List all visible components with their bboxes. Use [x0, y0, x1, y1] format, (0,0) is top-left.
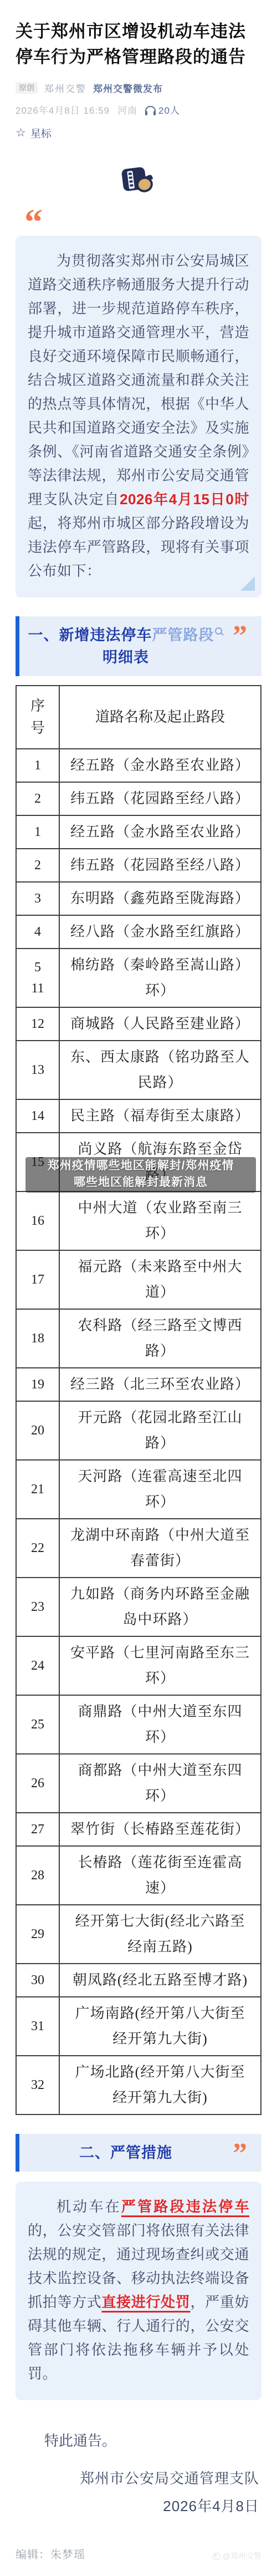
table-row: 2纬五路（花园路至经八路）: [16, 782, 261, 815]
section2-header: 二、严管措施 ”: [16, 2134, 261, 2172]
star-row[interactable]: ☆ 星标: [16, 125, 261, 140]
row-number-cell: 1: [16, 749, 59, 782]
row-number-cell: 19: [16, 1368, 59, 1401]
row-road-cell: 九如路（商务内环路至金融岛中环路）: [59, 1578, 261, 1636]
weibo-watermark-text: @郑州交警: [223, 2550, 261, 2562]
row-road-cell: 广场北路(经开第八大街至经开第九大街): [59, 2056, 261, 2114]
row-number-cell: 14: [16, 1099, 59, 1133]
row-road-cell: 经开第七大街(经北六路至经南五路): [59, 1905, 261, 1964]
section2-left-bar: [16, 2134, 19, 2172]
row-number-cell: 23: [16, 1578, 59, 1636]
section1-title-prefix: 一、新增违法停车: [28, 627, 152, 643]
original-badge: 原创: [16, 82, 38, 94]
table-row: 1经五路（金水路至农业路）: [16, 749, 261, 782]
row-number-cell: 16: [16, 1191, 59, 1250]
author-name[interactable]: 郑州交警: [44, 81, 86, 95]
weibo-logo-icon: [212, 2553, 220, 2560]
close-quote-mark: ”: [233, 2139, 247, 2168]
row-road-cell: 东、西太康路（铭功路至人民路）: [59, 1041, 261, 1099]
close-quote-mark: ”: [233, 622, 247, 651]
section1-title-suffix: 明细表: [102, 649, 149, 666]
signature-date: 2026年4月8日: [16, 2492, 259, 2520]
mascot-image: [118, 160, 158, 202]
account-link[interactable]: 郑州交警微发布: [93, 81, 163, 95]
row-number-cell: 5 11: [16, 949, 59, 1007]
row-number-cell: 1: [16, 815, 59, 849]
row-road-cell: 民主路（福寿街至太康路）: [59, 1099, 261, 1133]
table-row: 28长椿路（莲花街至连霍高速）: [16, 1846, 261, 1905]
row-road-cell: 经八路（金水路至红旗路）: [59, 915, 261, 949]
row-road-cell: 广场南路(经开第八大街至经开第九大街): [59, 1997, 261, 2056]
table-row: 23九如路（商务内环路至金融岛中环路）: [16, 1578, 261, 1636]
section1-highlight-term[interactable]: 严管路段: [152, 627, 214, 643]
row-number-cell: 2: [16, 849, 59, 882]
row-road-cell: 纬五路（花园路至经八路）: [59, 849, 261, 882]
row-number-cell: 2: [16, 782, 59, 815]
table-row: 4经八路（金水路至红旗路）: [16, 915, 261, 949]
covid-watermark-overlay: 郑州疫情哪些地区能解封/郑州疫情 哪些地区能解封最新消息: [25, 1157, 256, 1193]
table-row: 20开元路（花园北路至江山路）: [16, 1401, 261, 1460]
row-number-cell: 20: [16, 1401, 59, 1460]
publish-region: 河南: [117, 103, 137, 116]
table-row: 26商都路（中州大道至东四环）: [16, 1754, 261, 1813]
table-row: 14民主路（福寿街至太康路）: [16, 1099, 261, 1133]
row-number-cell: 26: [16, 1754, 59, 1813]
section1-left-bar: [16, 616, 19, 676]
table-row: 21天河路（连霍高速至北四环）: [16, 1460, 261, 1519]
section2-title: 二、严管措施: [21, 2142, 230, 2164]
roads-table-body: 1经五路（金水路至农业路）2纬五路（花园路至经八路）1经五路（金水路至农业路）2…: [16, 749, 261, 2114]
row-number-cell: 3: [16, 882, 59, 915]
row-road-cell: 经五路（金水路至农业路）: [59, 749, 261, 782]
row-road-cell: 纬五路（花园路至经八路）: [59, 782, 261, 815]
covid-watermark-line1: 郑州疫情哪些地区能解封/郑州疫情: [25, 1158, 256, 1174]
row-road-cell: 东明路（鑫苑路至陇海路）: [59, 882, 261, 915]
table-row: 22龙湖中环南路（中州大道至春蕾街）: [16, 1519, 261, 1578]
header-cell-road: 道路名称及起止路段: [59, 686, 261, 749]
headphones-icon: [145, 106, 156, 113]
row-number-cell: 32: [16, 2056, 59, 2114]
star-icon: ☆: [16, 127, 26, 139]
row-road-cell: 福元路（未来路至中州大道）: [59, 1250, 261, 1309]
table-row: 24安平路（七里河南路至东三环）: [16, 1636, 261, 1695]
row-number-cell: 31: [16, 1997, 59, 2056]
text-run: 为贯彻落实郑州市公安局城区道路交通秩序畅通服务大提升行动部署，进一步规范道路停车…: [28, 252, 249, 508]
intro-paragraph: 为贯彻落实郑州市公安局城区道路交通秩序畅通服务大提升行动部署，进一步规范道路停车…: [28, 249, 249, 583]
open-quote-mark: “: [24, 211, 261, 235]
row-road-cell: 朝凤路(经北五路至博才路): [59, 1964, 261, 1997]
row-number-cell: 28: [16, 1846, 59, 1905]
signature-org: 郑州市公安局交通管理支队: [16, 2465, 259, 2492]
section1-title: 一、新增违法停车严管路段明细表: [21, 624, 230, 668]
weibo-watermark: @郑州交警: [212, 2550, 261, 2562]
table-row: 25商鼎路（中州大道至东四环）: [16, 1695, 261, 1754]
row-road-cell: 农科路（经三路至文博西路）: [59, 1309, 261, 1368]
row-number-cell: 25: [16, 1695, 59, 1754]
publish-meta-row: 2026年4月8日 16:59 河南 20人: [16, 103, 261, 116]
row-number-cell: 30: [16, 1964, 59, 1997]
row-road-cell: 安平路（七里河南路至东三环）: [59, 1636, 261, 1695]
row-number-cell: 4: [16, 915, 59, 949]
search-icon[interactable]: [215, 627, 222, 635]
publish-datetime: 2026年4月8日 16:59: [16, 103, 110, 116]
row-road-cell: 经三路（北三环至农业路）: [59, 1368, 261, 1401]
row-road-cell: 中州大道（农业路至南三环）: [59, 1191, 261, 1250]
table-row: 17福元路（未来路至中州大道）: [16, 1250, 261, 1309]
intro-block: 为贯彻落实郑州市公安局城区道路交通秩序畅通服务大提升行动部署，进一步规范道路停车…: [16, 236, 261, 597]
text-run: 严管路段违法停车: [121, 2198, 249, 2215]
row-number-cell: 24: [16, 1636, 59, 1695]
table-row: 31广场南路(经开第八大街至经开第九大街): [16, 1997, 261, 2056]
row-road-cell: 棉纺路（秦岭路至嵩山路） 环）: [59, 949, 261, 1007]
table-row: 12商城路（人民路至建业路）: [16, 1007, 261, 1041]
row-road-cell: 天河路（连霍高速至北四环）: [59, 1460, 261, 1519]
notice-line: 特此通告。: [16, 2429, 261, 2452]
table-row: 32广场北路(经开第八大街至经开第九大街): [16, 2056, 261, 2114]
row-number-cell: 27: [16, 1813, 59, 1846]
table-row: 2纬五路（花园路至经八路）: [16, 849, 261, 882]
corner-fold-decoration: [240, 576, 255, 591]
row-number-cell: 22: [16, 1519, 59, 1578]
table-row: 27翠竹街（长椿路至莲花街）: [16, 1813, 261, 1846]
row-number-cell: 13: [16, 1041, 59, 1099]
table-row: 5 11棉纺路（秦岭路至嵩山路） 环）: [16, 949, 261, 1007]
row-road-cell: 龙湖中环南路（中州大道至春蕾街）: [59, 1519, 261, 1578]
table-row: 18农科路（经三路至文博西路）: [16, 1309, 261, 1368]
article-title: 关于郑州市区增设机动车违法停车行为严格管理路段的通告: [16, 19, 261, 70]
row-road-cell: 商城路（人民路至建业路）: [59, 1007, 261, 1041]
measures-paragraph: 机动车在严管路段违法停车的，公安交管部门将依照有关法律法规的规定，通过现场查纠或…: [28, 2195, 249, 2386]
measures-block: 机动车在严管路段违法停车的，公安交管部门将依照有关法律法规的规定，通过现场查纠或…: [16, 2182, 261, 2400]
roads-table: 序 号 道路名称及起止路段 1经五路（金水路至农业路）2纬五路（花园路至经八路）…: [16, 685, 261, 2115]
row-road-cell: 翠竹街（长椿路至莲花街）: [59, 1813, 261, 1846]
text-run: 起，将郑州市城区部分路段增设为违法停车严管路段，现将有关事项公布如下：: [28, 515, 249, 579]
byline-row: 原创 郑州交警 郑州交警微发布: [16, 81, 261, 95]
editor-line: 编辑：朱梦瑶: [16, 2545, 85, 2562]
row-number-cell: 17: [16, 1250, 59, 1309]
text-run: 直接进行处罚: [101, 2294, 190, 2310]
listen-count-label: 20人: [158, 103, 180, 116]
covid-watermark-line2: 哪些地区能解封最新消息: [25, 1174, 256, 1191]
roads-table-wrap: 序 号 道路名称及起止路段 1经五路（金水路至农业路）2纬五路（花园路至经八路）…: [16, 685, 261, 2115]
footer-row: 编辑：朱梦瑶 @郑州交警: [16, 2545, 261, 2562]
row-road-cell: 经五路（金水路至农业路）: [59, 815, 261, 849]
row-number-cell: 29: [16, 1905, 59, 1964]
row-road-cell: 长椿路（莲花街至连霍高速）: [59, 1846, 261, 1905]
row-road-cell: 开元路（花园北路至江山路）: [59, 1401, 261, 1460]
row-number-cell: 21: [16, 1460, 59, 1519]
row-number-cell: 12: [16, 1007, 59, 1041]
header-cell-no: 序 号: [16, 686, 59, 749]
table-row: 1经五路（金水路至农业路）: [16, 815, 261, 849]
table-row: 30朝凤路(经北五路至博才路): [16, 1964, 261, 1997]
table-row: 13东、西太康路（铭功路至人民路）: [16, 1041, 261, 1099]
listen-count[interactable]: 20人: [145, 103, 180, 116]
text-run: 2026年4月15日0时: [120, 491, 249, 508]
row-number-cell: 18: [16, 1309, 59, 1368]
star-label: 星标: [30, 125, 52, 140]
table-row: 29经开第七大街(经北六路至经南五路): [16, 1905, 261, 1964]
row-road-cell: 商鼎路（中州大道至东四环）: [59, 1695, 261, 1754]
row-road-cell: 商都路（中州大道至东四环）: [59, 1754, 261, 1813]
table-row: 3东明路（鑫苑路至陇海路）: [16, 882, 261, 915]
section1-header: 一、新增违法停车严管路段明细表 ”: [16, 616, 261, 676]
article-page: 关于郑州市区增设机动车违法停车行为严格管理路段的通告 原创 郑州交警 郑州交警微…: [0, 0, 277, 2576]
table-header-row: 序 号 道路名称及起止路段: [16, 686, 261, 749]
table-row: 19经三路（北三环至农业路）: [16, 1368, 261, 1401]
table-row: 16中州大道（农业路至南三环）: [16, 1191, 261, 1250]
text-run: 机动车在: [57, 2198, 121, 2215]
